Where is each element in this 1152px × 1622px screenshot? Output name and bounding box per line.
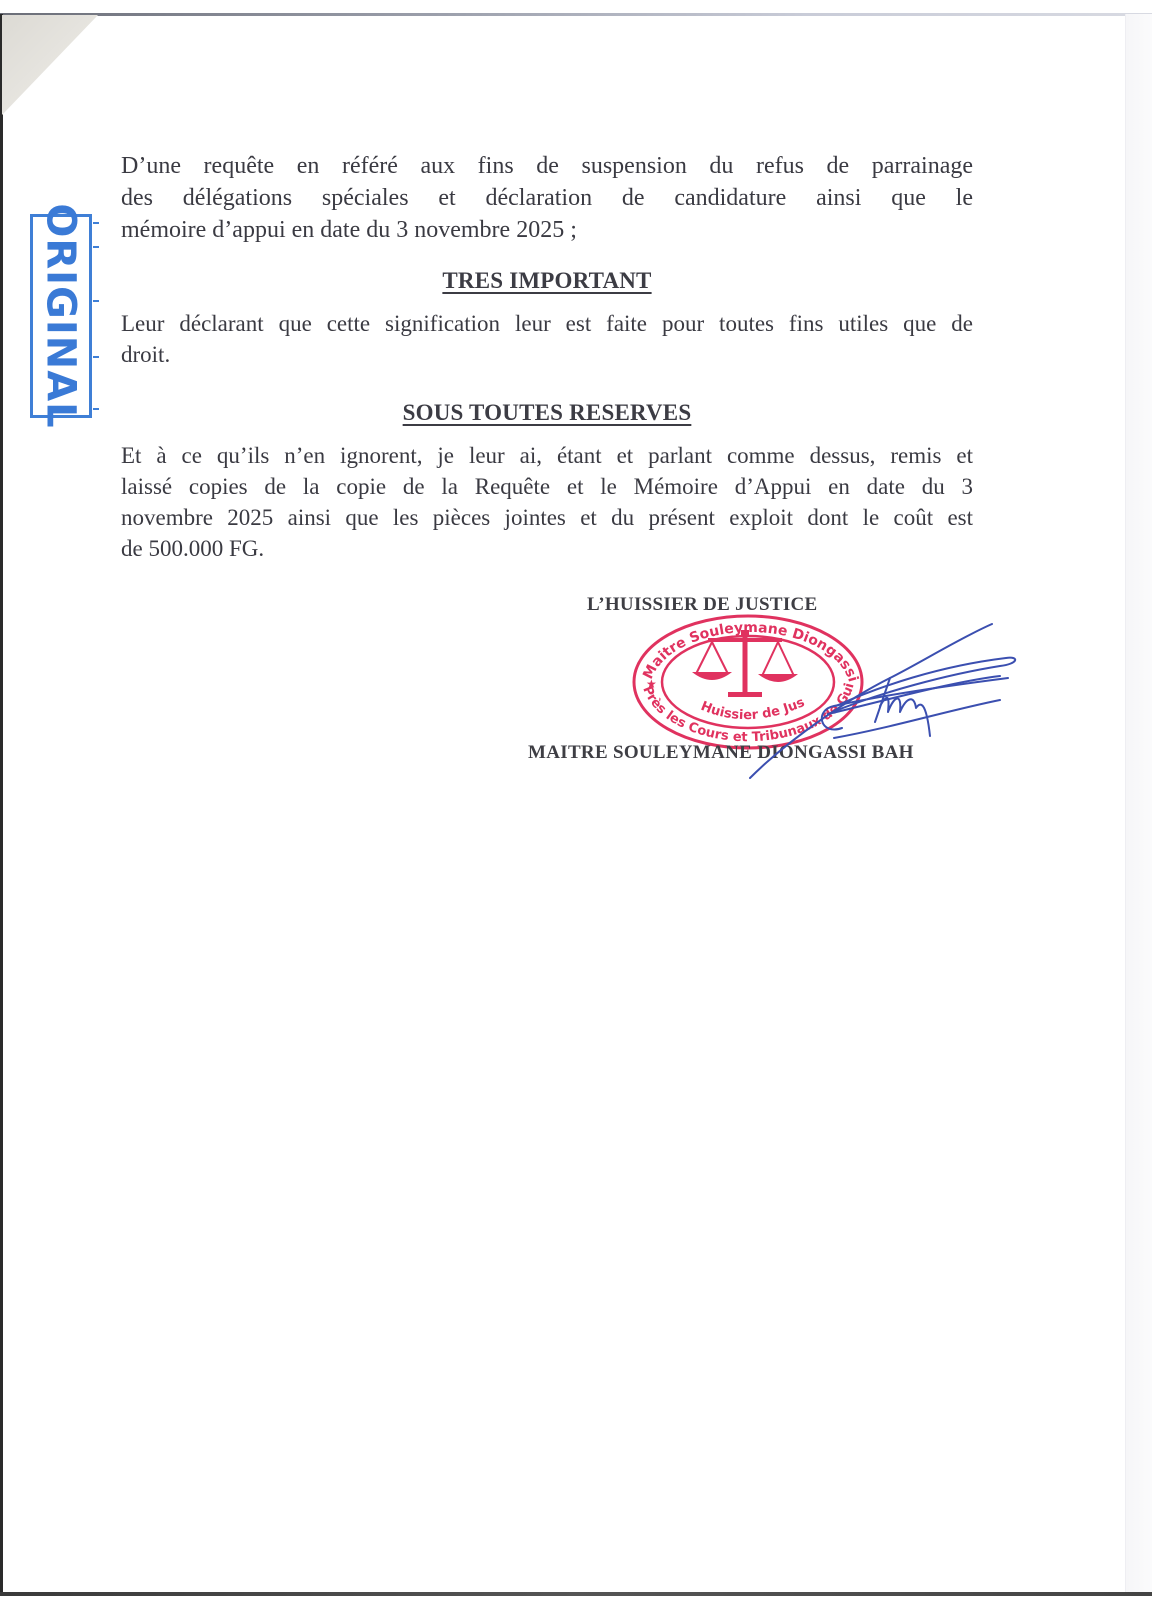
stamp-tick	[93, 222, 99, 224]
svg-text:★: ★	[646, 677, 657, 691]
heading-tres-important: TRES IMPORTANT	[121, 268, 973, 294]
folded-corner	[2, 15, 98, 115]
text-line: Et à ce qu’ils n’en ignorent, je leur ai…	[121, 440, 973, 471]
scan-left-edge	[0, 14, 3, 1594]
scan-bottom-margin	[0, 1596, 1152, 1622]
heading-sous-toutes-reserves: SOUS TOUTES RESERVES	[121, 400, 973, 426]
intro-paragraph: D’une requête en référé aux fins de susp…	[121, 150, 973, 246]
stamp-tick	[93, 246, 99, 248]
scan-top-edge	[0, 13, 1152, 16]
important-paragraph: Leur déclarant que cette signification l…	[121, 308, 973, 370]
scan-top-margin	[0, 0, 1152, 14]
original-stamp: ORIGINAL	[30, 214, 92, 418]
text-line: mémoire d’appui en date du 3 novembre 20…	[121, 214, 973, 246]
stamp-tick	[93, 356, 99, 358]
text-line: D’une requête en référé aux fins de susp…	[121, 150, 973, 182]
text-line: Leur déclarant que cette signification l…	[121, 308, 973, 339]
reserves-paragraph: Et à ce qu’ils n’en ignorent, je leur ai…	[121, 440, 973, 564]
stamp-tick	[93, 300, 99, 302]
scan-right-band	[1125, 14, 1152, 1594]
original-stamp-label: ORIGINAL	[38, 203, 84, 428]
stamp-tick	[93, 408, 99, 410]
text-line: laissé copies de la copie de la Requête …	[121, 471, 973, 502]
text-line: des délégations spéciales et déclaration…	[121, 182, 973, 214]
text-line: novembre 2025 ainsi que les pièces joint…	[121, 502, 973, 533]
handwritten-signature	[730, 618, 1030, 798]
text-line: droit.	[121, 339, 973, 370]
text-line: de 500.000 FG.	[121, 533, 973, 564]
heading-text: SOUS TOUTES RESERVES	[403, 400, 692, 425]
heading-text: TRES IMPORTANT	[442, 268, 651, 293]
